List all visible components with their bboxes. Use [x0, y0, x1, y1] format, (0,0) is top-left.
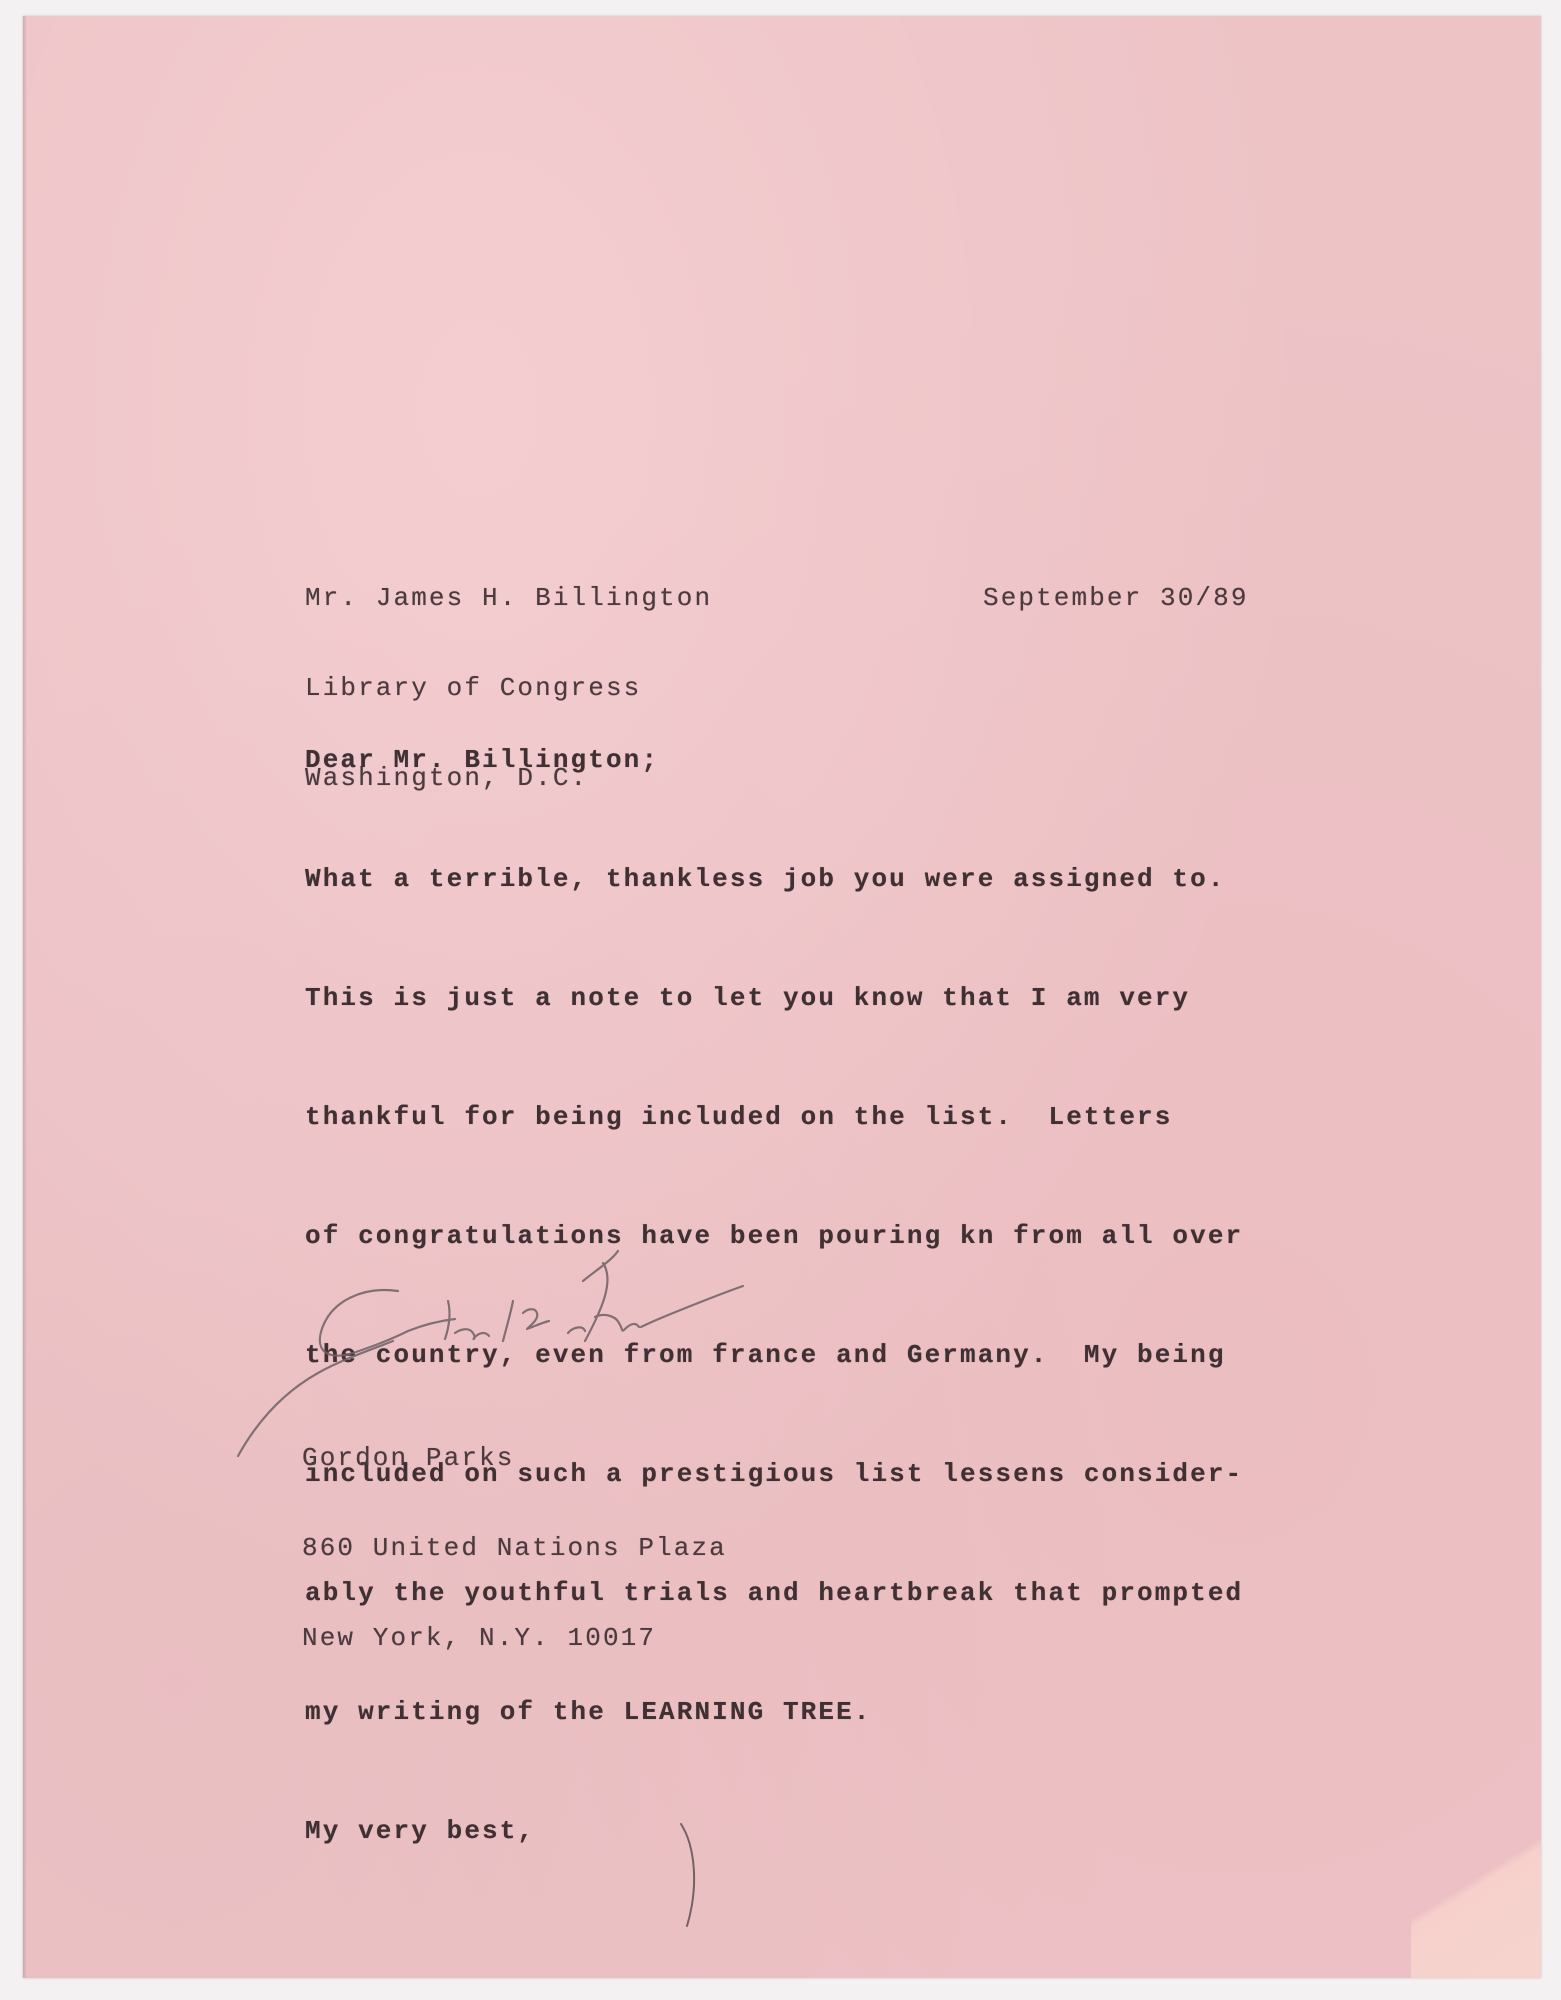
- sender-city: New York, N.Y. 10017: [302, 1623, 727, 1653]
- body-line: This is just a note to let you know that…: [305, 969, 1243, 1028]
- sender-address: Gordon Parks 860 United Nations Plaza Ne…: [302, 1383, 727, 1713]
- letter-page: Mr. James H. Billington Library of Congr…: [23, 16, 1541, 1978]
- date-text: September 30/89: [983, 583, 1249, 613]
- page-edge-shadow: [23, 16, 27, 1978]
- body-line: What a terrible, thankless job you were …: [305, 850, 1243, 909]
- sender-name: Gordon Parks: [302, 1443, 727, 1473]
- recipient-name: Mr. James H. Billington: [305, 583, 712, 613]
- letter-date: September 30/89: [983, 523, 1249, 673]
- sender-street: 860 United Nations Plaza: [302, 1533, 727, 1563]
- body-line: thankful for being included on the list.…: [305, 1088, 1243, 1147]
- corner-fold: [1411, 1788, 1541, 1978]
- salutation: Dear Mr. Billington;: [305, 731, 1243, 790]
- closing: My very best,: [305, 1802, 1243, 1861]
- stray-pen-mark: [673, 1816, 713, 1936]
